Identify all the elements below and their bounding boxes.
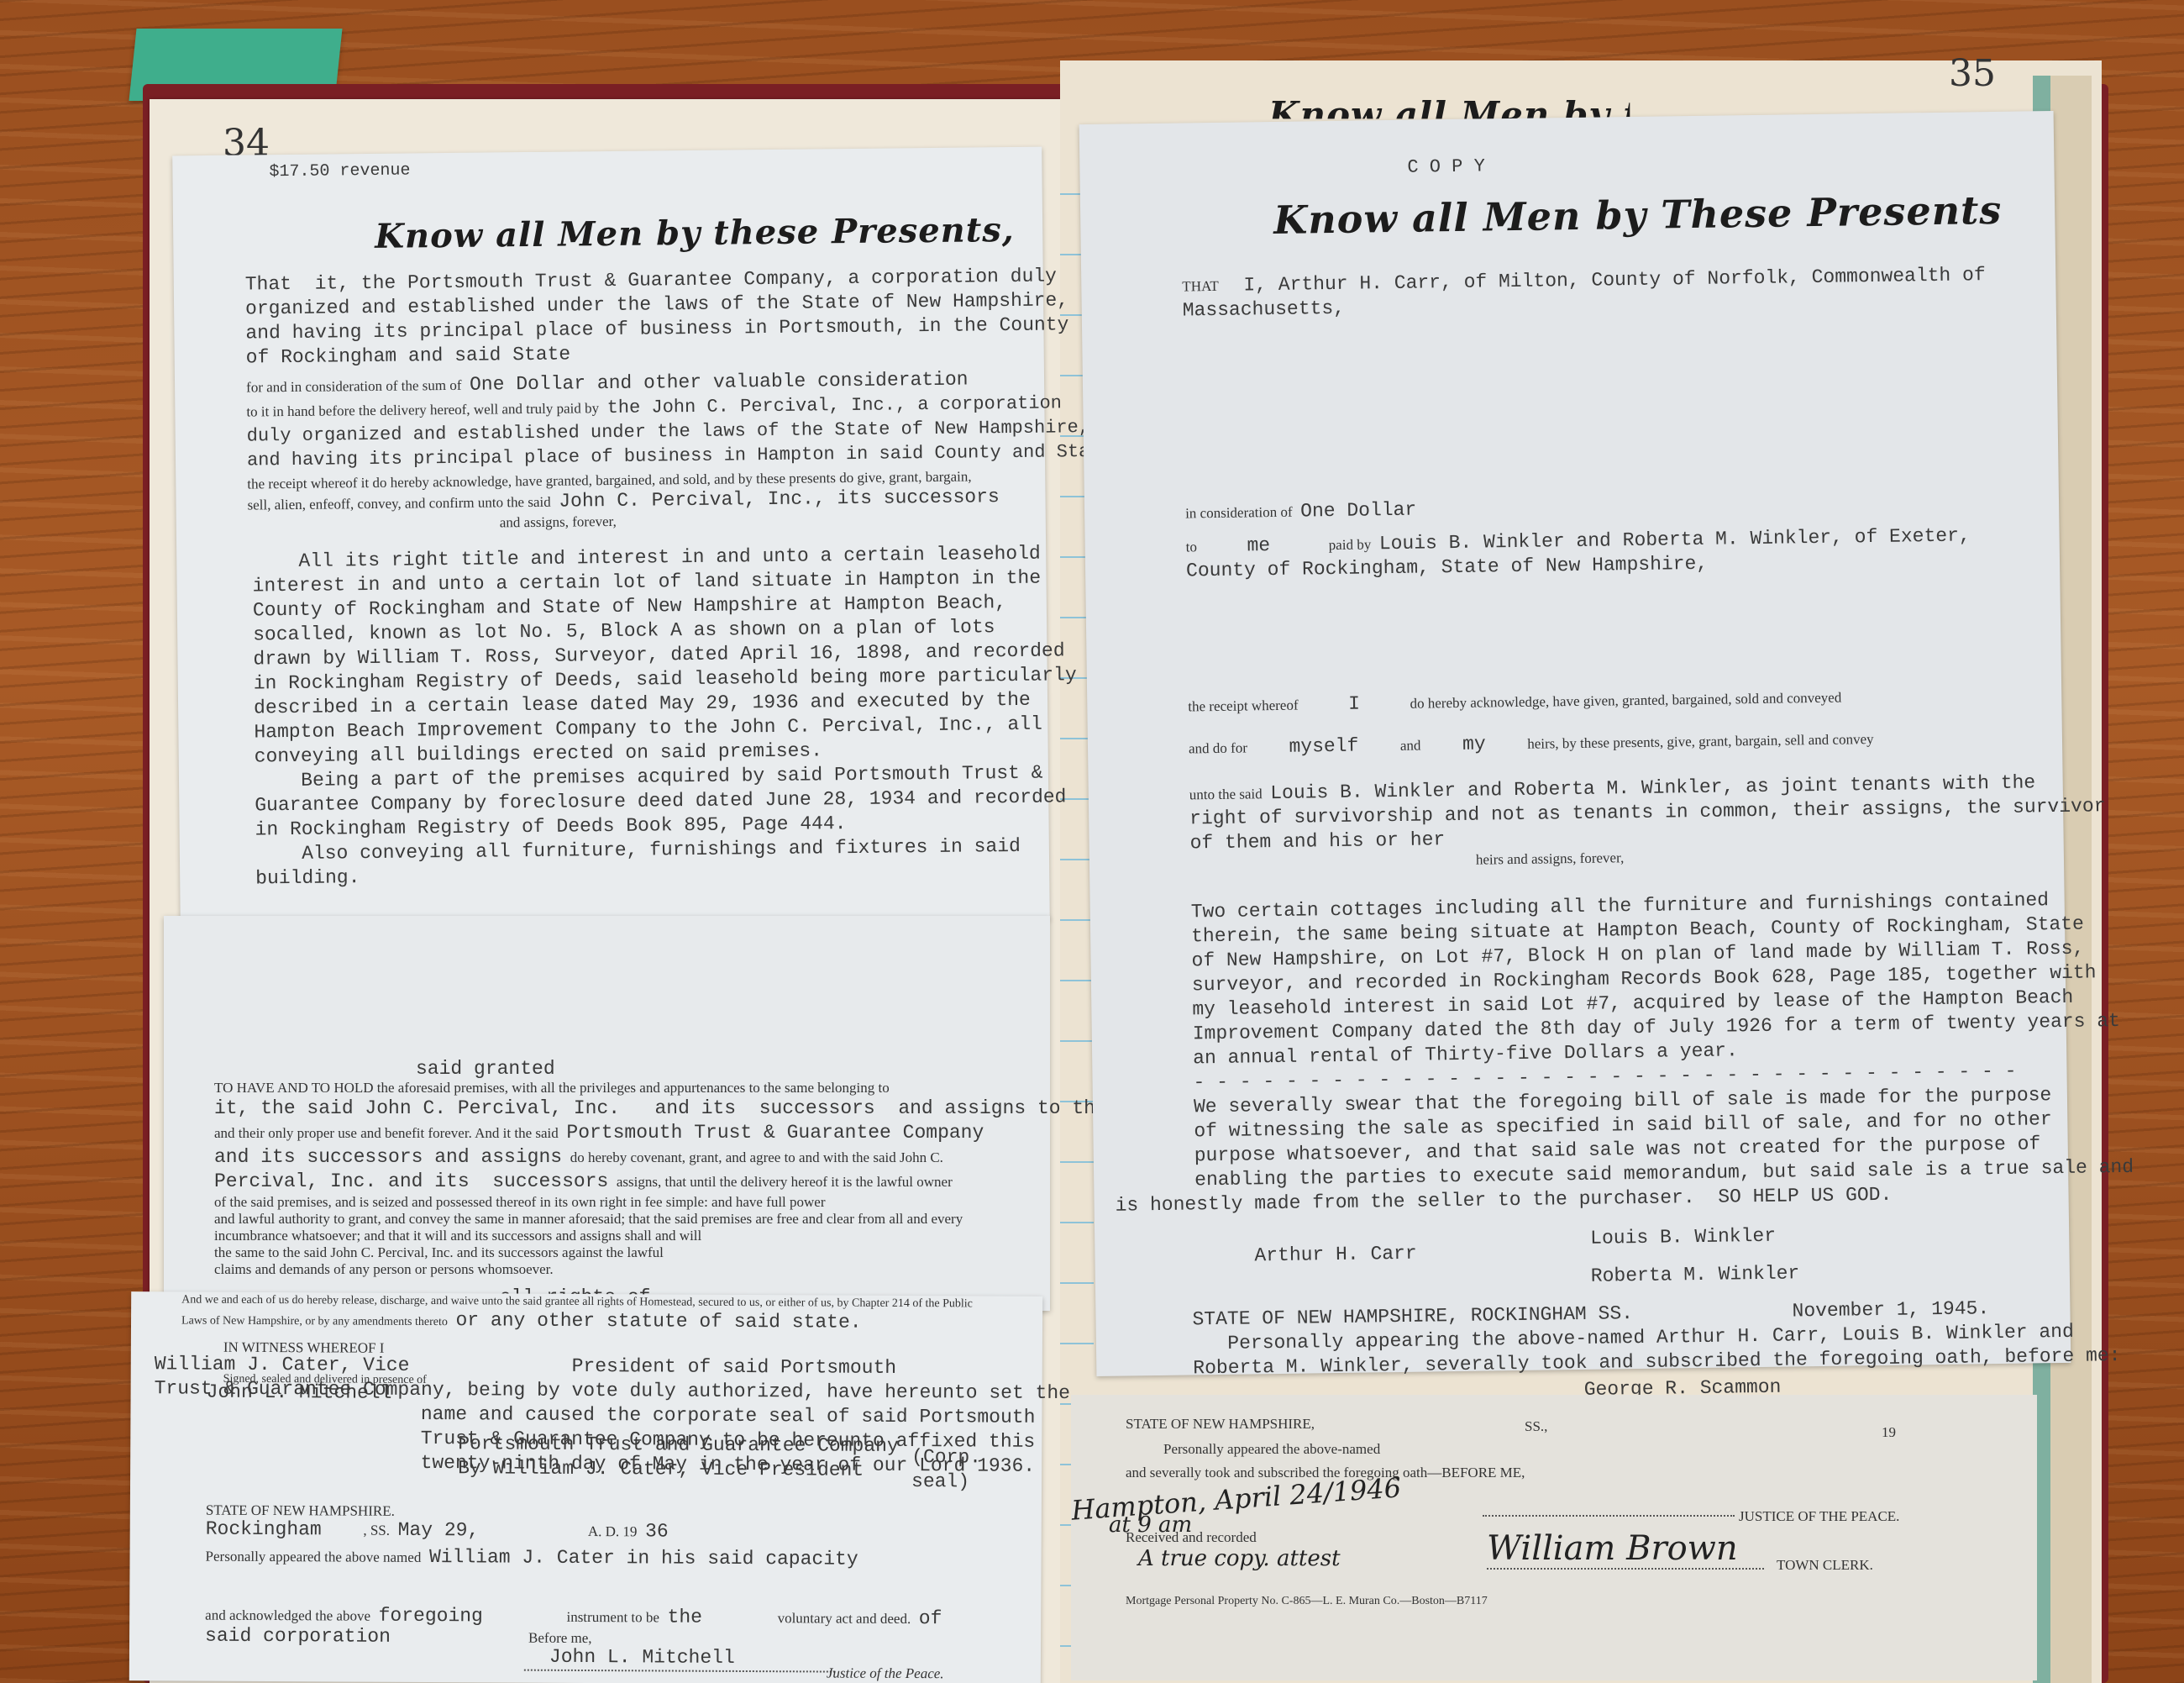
- do-for-line: and do for myself and my heirs, by these…: [1189, 727, 1874, 760]
- consideration-block: for and in consideration of the sum of O…: [246, 366, 1113, 534]
- ack-appeared-line: Personally appeared the above named Will…: [205, 1544, 858, 1572]
- ack-county-line: Rockingham , SS. May 29, A. D. 19 36: [206, 1517, 669, 1544]
- unto-block: unto the said Louis B. Winkler and Rober…: [1189, 770, 2107, 872]
- ack-said-corporation: said corporation: [205, 1624, 391, 1649]
- left-deed-habendum-sheet: said granted TO HAVE AND TO HOLD the afo…: [164, 916, 1050, 1311]
- habendum-clause: TO HAVE AND TO HOLD the aforesaid premis…: [214, 1080, 1119, 1278]
- receipt-line: the receipt whereof I do hereby acknowle…: [1188, 686, 1841, 719]
- footer-justice-label: JUSTICE OF THE PEACE.: [1739, 1508, 1899, 1525]
- footer-appeared: Personally appeared the above-named: [1163, 1441, 1380, 1458]
- grantor-block: THAT I, Arthur H. Carr, of Milton, Count…: [1182, 263, 1986, 323]
- handwritten-attest: A true copy. attest: [1138, 1546, 1341, 1571]
- printed-form-footer: STATE OF NEW HAMPSHIRE, SS., 19 Personal…: [1071, 1395, 2037, 1680]
- property-description: All its right title and interest in and …: [252, 541, 1079, 891]
- signature-buyer-2: Roberta M. Winkler: [1591, 1261, 1800, 1288]
- inserted-said-granted: said granted: [416, 1057, 555, 1081]
- consideration-block: in consideration of One Dollar: [1185, 498, 1416, 526]
- grantee: John C. Percival, Inc., its successors: [559, 486, 1000, 512]
- release-clause: And we and each of us do hereby release,…: [181, 1293, 973, 1335]
- footer-state: STATE OF NEW HAMPSHIRE,: [1126, 1416, 1315, 1433]
- justice-signature-line: [1483, 1515, 1735, 1517]
- revenue-note: $17.50 revenue: [269, 158, 410, 184]
- left-deed-upper-sheet: $17.50 revenue Know all Men by these Pre…: [172, 147, 1050, 929]
- signature-buyer-1: Louis B. Winkler: [1590, 1224, 1776, 1251]
- copy-label: C O P Y: [1407, 154, 1485, 179]
- justice-name: John L. Mitchell: [524, 1645, 835, 1673]
- right-page-number: 35: [1949, 52, 1996, 95]
- signatory-company: Portsmouth Trust and Guarantee Company: [458, 1432, 899, 1459]
- left-deed-lower-sheet: And we and each of us do hereby release,…: [129, 1291, 1042, 1683]
- signatory-by: By William J. Cater, Vice President: [458, 1456, 864, 1483]
- footer-ss: SS.,: [1525, 1418, 1547, 1435]
- right-deed-title: Know all Men by These Presents: [1273, 187, 2003, 243]
- right-deed-sheet: C O P Y Know all Men by These Presents T…: [1079, 111, 2071, 1376]
- town-clerk-signature: William Brown: [1487, 1529, 1764, 1570]
- witness-name: John L. Mitchell: [207, 1381, 392, 1406]
- consideration-label: for and in consideration of the sum of: [246, 377, 462, 396]
- paid-label: to it in hand before the delivery hereof…: [246, 400, 599, 419]
- paid-by-block: to me paid by Louis B. Winkler and Rober…: [1185, 523, 1971, 583]
- footer-year: 19: [1882, 1424, 1896, 1441]
- footer-town-clerk: TOWN CLERK.: [1777, 1557, 1873, 1574]
- left-deed-title: Know all Men by these Presents,: [375, 210, 1015, 256]
- footer-received: Received and recorded: [1126, 1529, 1257, 1546]
- jurat: STATE OF NEW HAMPSHIRE, ROCKINGHAM SS. N…: [1192, 1295, 2120, 1381]
- footer-imprint: Mortgage Personal Property No. C-865—L. …: [1126, 1595, 1488, 1608]
- justice-label: Justice of the Peace.: [827, 1665, 944, 1683]
- corporate-seal: (Corp. seal): [911, 1445, 987, 1494]
- signature-seller: Arthur H. Carr: [1254, 1242, 1417, 1269]
- consideration-value: One Dollar and other valuable considerat…: [470, 369, 969, 396]
- property-description: Two certain cottages including all the f…: [1191, 887, 2134, 1218]
- that-clause: That it, the Portsmouth Trust & Guarante…: [245, 264, 1069, 370]
